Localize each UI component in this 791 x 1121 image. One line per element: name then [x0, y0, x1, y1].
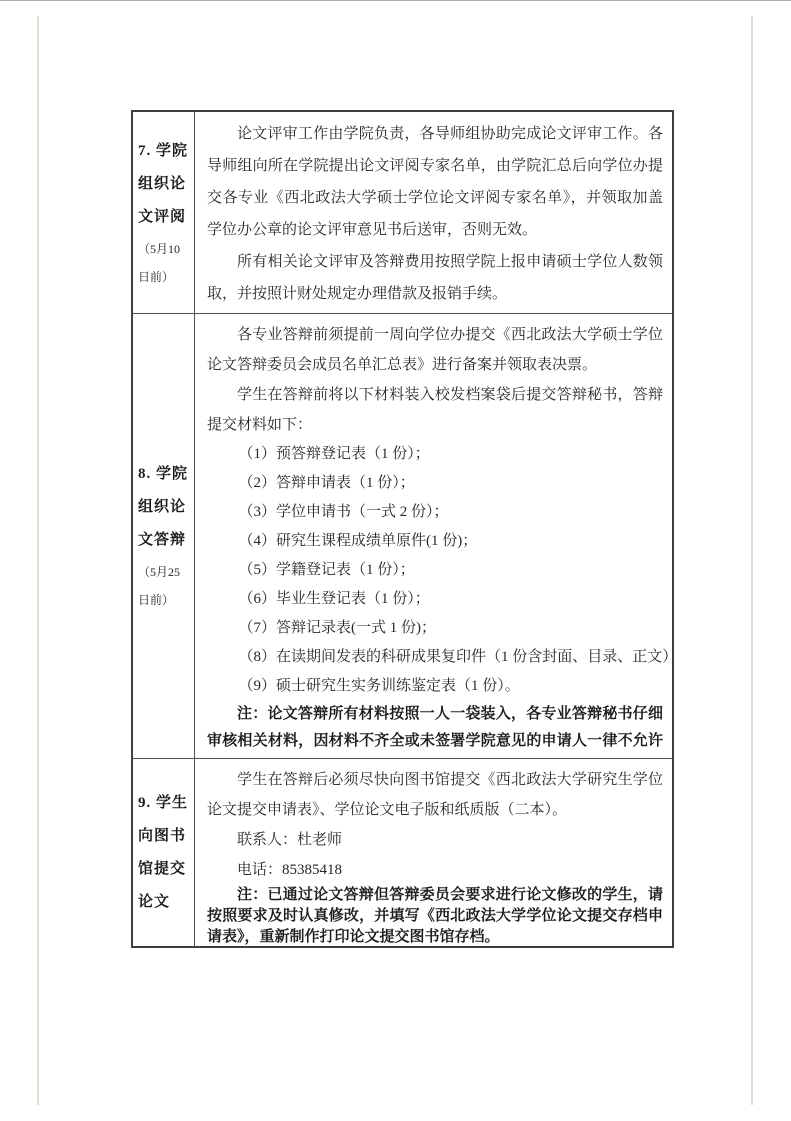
checklist-item-8: （8）在读期间发表的科研成果复印件（1 份含封面、目录、正文）；: [207, 643, 663, 672]
row-8-label-cell: 8. 学院 组织论 文答辩 （5月25 日前）: [133, 314, 195, 758]
checklist-item-9: （9）硕士研究生实务训练鉴定表（1 份）。: [207, 672, 663, 701]
paragraph: 论文评审工作由学院负责，各导师组协助完成论文评审工作。各导师组向所在学院提出论文…: [207, 118, 663, 246]
row-8-label: 8. 学院 组织论 文答辩: [138, 458, 190, 557]
contact-person-line: 联系人：杜老师: [207, 825, 663, 855]
paragraph: 所有相关论文评审及答辩费用按照学院上报申请硕士学位人数领取，并按照计财处规定办理…: [207, 246, 663, 310]
checklist-item-4: （4）研究生课程成绩单原件(1 份)；: [207, 527, 663, 556]
row-9-content-cell: 学生在答辩后必须尽快向图书馆提交《西北政法大学研究生学位论文提交申请表》、学位论…: [195, 759, 672, 946]
row-8-content-cell: 各专业答辩前须提前一周向学位办提交《西北政法大学硕士学位论文答辩委员会成员名单汇…: [195, 314, 672, 758]
page-left-edge-line: [37, 16, 39, 1105]
table-row-9: 9. 学生 向图书 馆提交 论文 学生在答辩后必须尽快向图书馆提交《西北政法大学…: [133, 758, 672, 946]
row-7-content-cell: 论文评审工作由学院负责，各导师组协助完成论文评审工作。各导师组向所在学院提出论文…: [195, 112, 672, 313]
checklist-item-5: （5）学籍登记表（1 份）；: [207, 556, 663, 585]
row-9-label-cell: 9. 学生 向图书 馆提交 论文: [133, 759, 195, 946]
checklist-item-1: （1）预答辩登记表（1 份）；: [207, 440, 663, 469]
row-7-label-cell: 7. 学院 组织论 文评阅 （5月10 日前）: [133, 112, 195, 313]
checklist-item-6: （6）毕业生登记表（1 份）；: [207, 585, 663, 614]
table-row-7: 7. 学院 组织论 文评阅 （5月10 日前） 论文评审工作由学院负责，各导师组…: [133, 112, 672, 313]
note-paragraph: 注：已通过论文答辩但答辩委员会要求进行论文修改的学生，请按照要求及时认真修改，并…: [207, 885, 663, 946]
row-9-label: 9. 学生 向图书 馆提交 论文: [138, 787, 190, 919]
paragraph: 学生在答辩前将以下材料装入校发档案袋后提交答辩秘书，答辩提交材料如下：: [207, 380, 663, 440]
row-8-deadline: （5月25 日前）: [138, 558, 190, 614]
page-right-edge-line: [751, 16, 753, 1105]
row-7-label: 7. 学院 组织论 文评阅: [138, 135, 190, 234]
row-7-deadline: （5月10 日前）: [138, 235, 190, 291]
procedure-table: 7. 学院 组织论 文评阅 （5月10 日前） 论文评审工作由学院负责，各导师组…: [131, 110, 674, 948]
checklist-item-2: （2）答辩申请表（1 份）；: [207, 469, 663, 498]
checklist-item-7: （7）答辩记录表(一式 1 份)；: [207, 614, 663, 643]
table-row-8: 8. 学院 组织论 文答辩 （5月25 日前） 各专业答辩前须提前一周向学位办提…: [133, 313, 672, 758]
paragraph: 各专业答辩前须提前一周向学位办提交《西北政法大学硕士学位论文答辩委员会成员名单汇…: [207, 320, 663, 380]
paragraph: 学生在答辩后必须尽快向图书馆提交《西北政法大学研究生学位论文提交申请表》、学位论…: [207, 765, 663, 825]
phone-line: 电话：85385418: [207, 855, 663, 885]
page-top-edge-line: [0, 0, 791, 1]
note-paragraph: 注：论文答辩所有材料按照一人一袋装入，各专业答辩秘书仔细审核相关材料，因材料不齐…: [207, 701, 663, 758]
checklist-item-3: （3）学位申请书（一式 2 份）；: [207, 498, 663, 527]
